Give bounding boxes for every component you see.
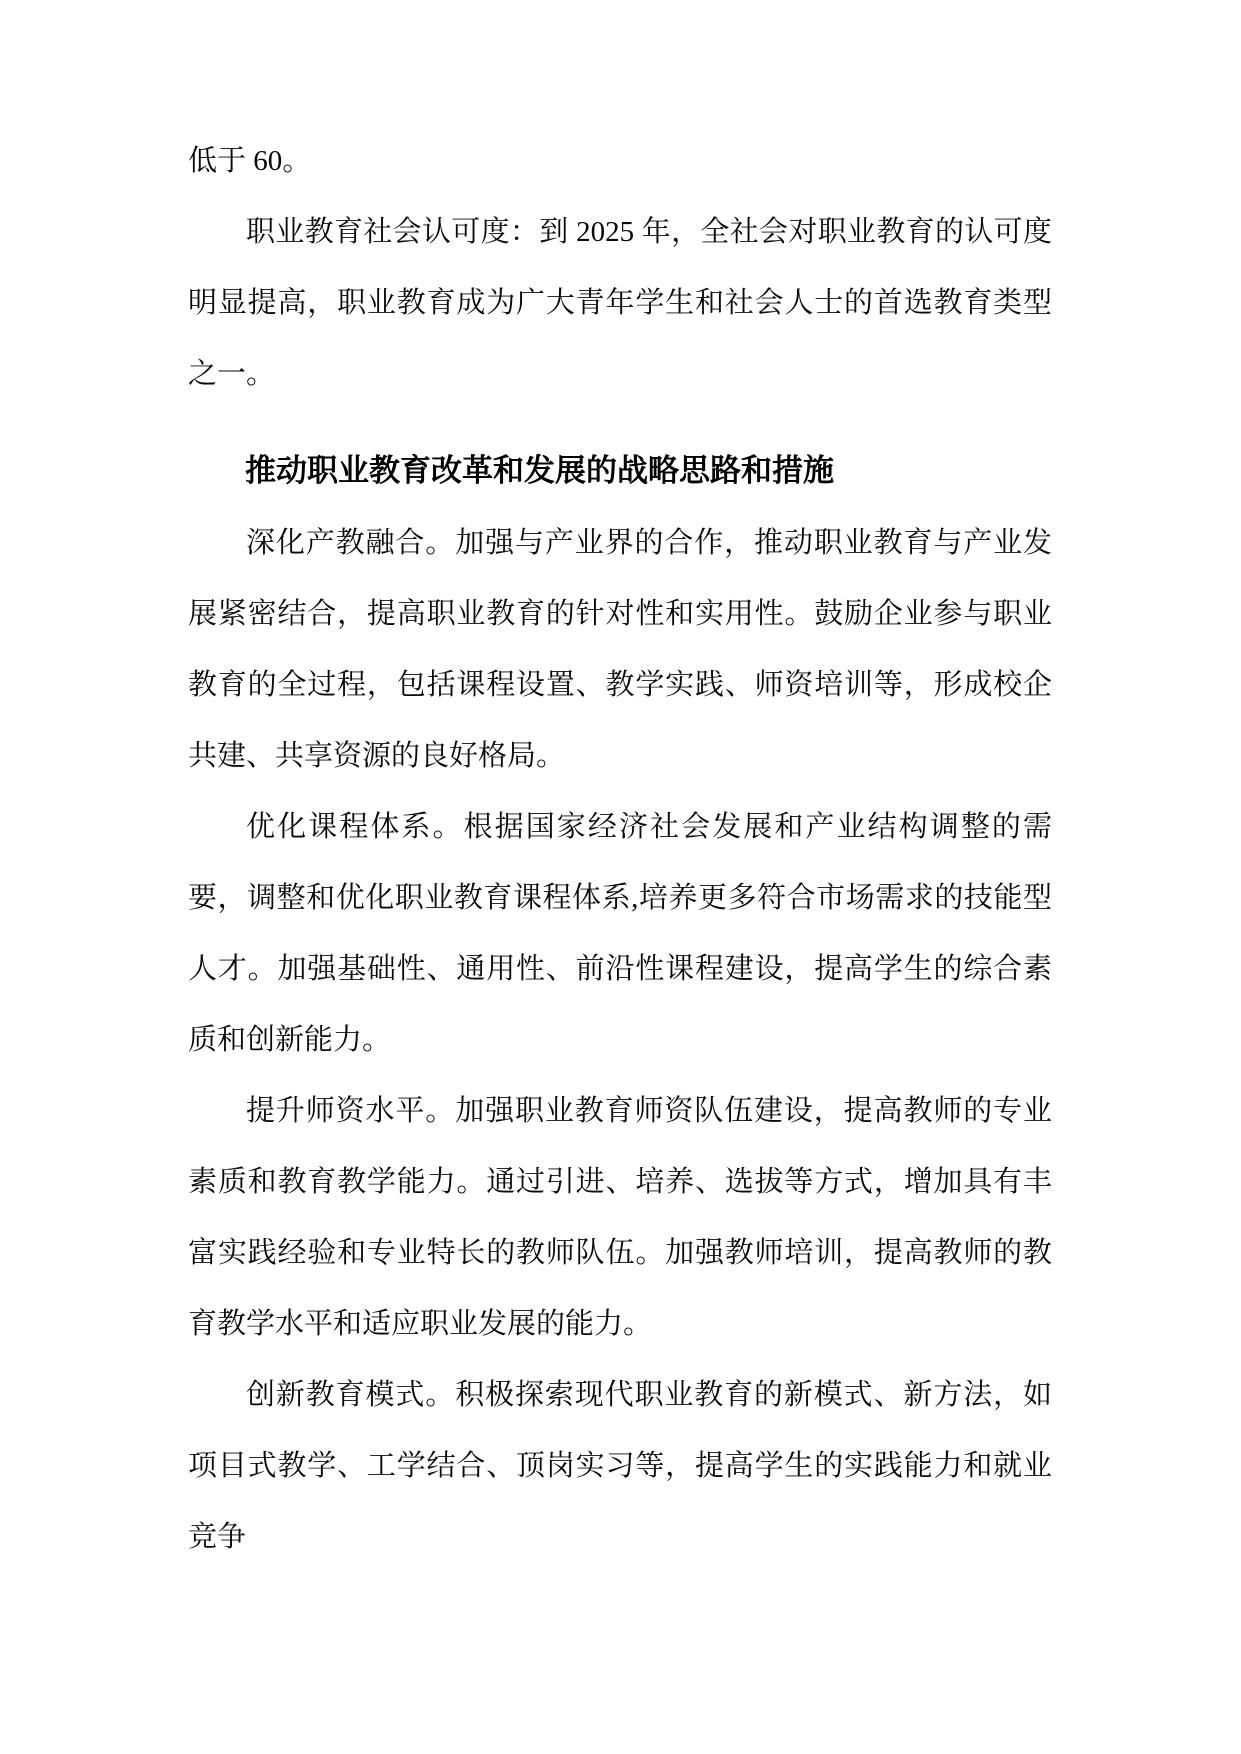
document-page: 低于 60。 职业教育社会认可度：到 2025 年，全社会对职业教育的认可度明显… xyxy=(0,0,1241,1754)
paragraph-education-model-innovation: 创新教育模式。积极探索现代职业教育的新模式、新方法，如项目式教学、工学结合、顶岗… xyxy=(188,1360,1052,1573)
paragraph-continuation: 低于 60。 xyxy=(188,126,1052,197)
paragraph-industry-education-integration: 深化产教融合。加强与产业界的合作，推动职业教育与产业发展紧密结合，提高职业教育的… xyxy=(188,508,1052,792)
paragraph-social-recognition: 职业教育社会认可度：到 2025 年，全社会对职业教育的认可度明显提高，职业教育… xyxy=(188,197,1052,410)
paragraph-teacher-quality: 提升师资水平。加强职业教育师资队伍建设，提高教师的专业素质和教育教学能力。通过引… xyxy=(188,1076,1052,1360)
section-heading: 推动职业教育改革和发展的战略思路和措施 xyxy=(188,434,1052,508)
paragraph-curriculum-system: 优化课程体系。根据国家经济社会发展和产业结构调整的需要，调整和优化职业教育课程体… xyxy=(188,792,1052,1076)
